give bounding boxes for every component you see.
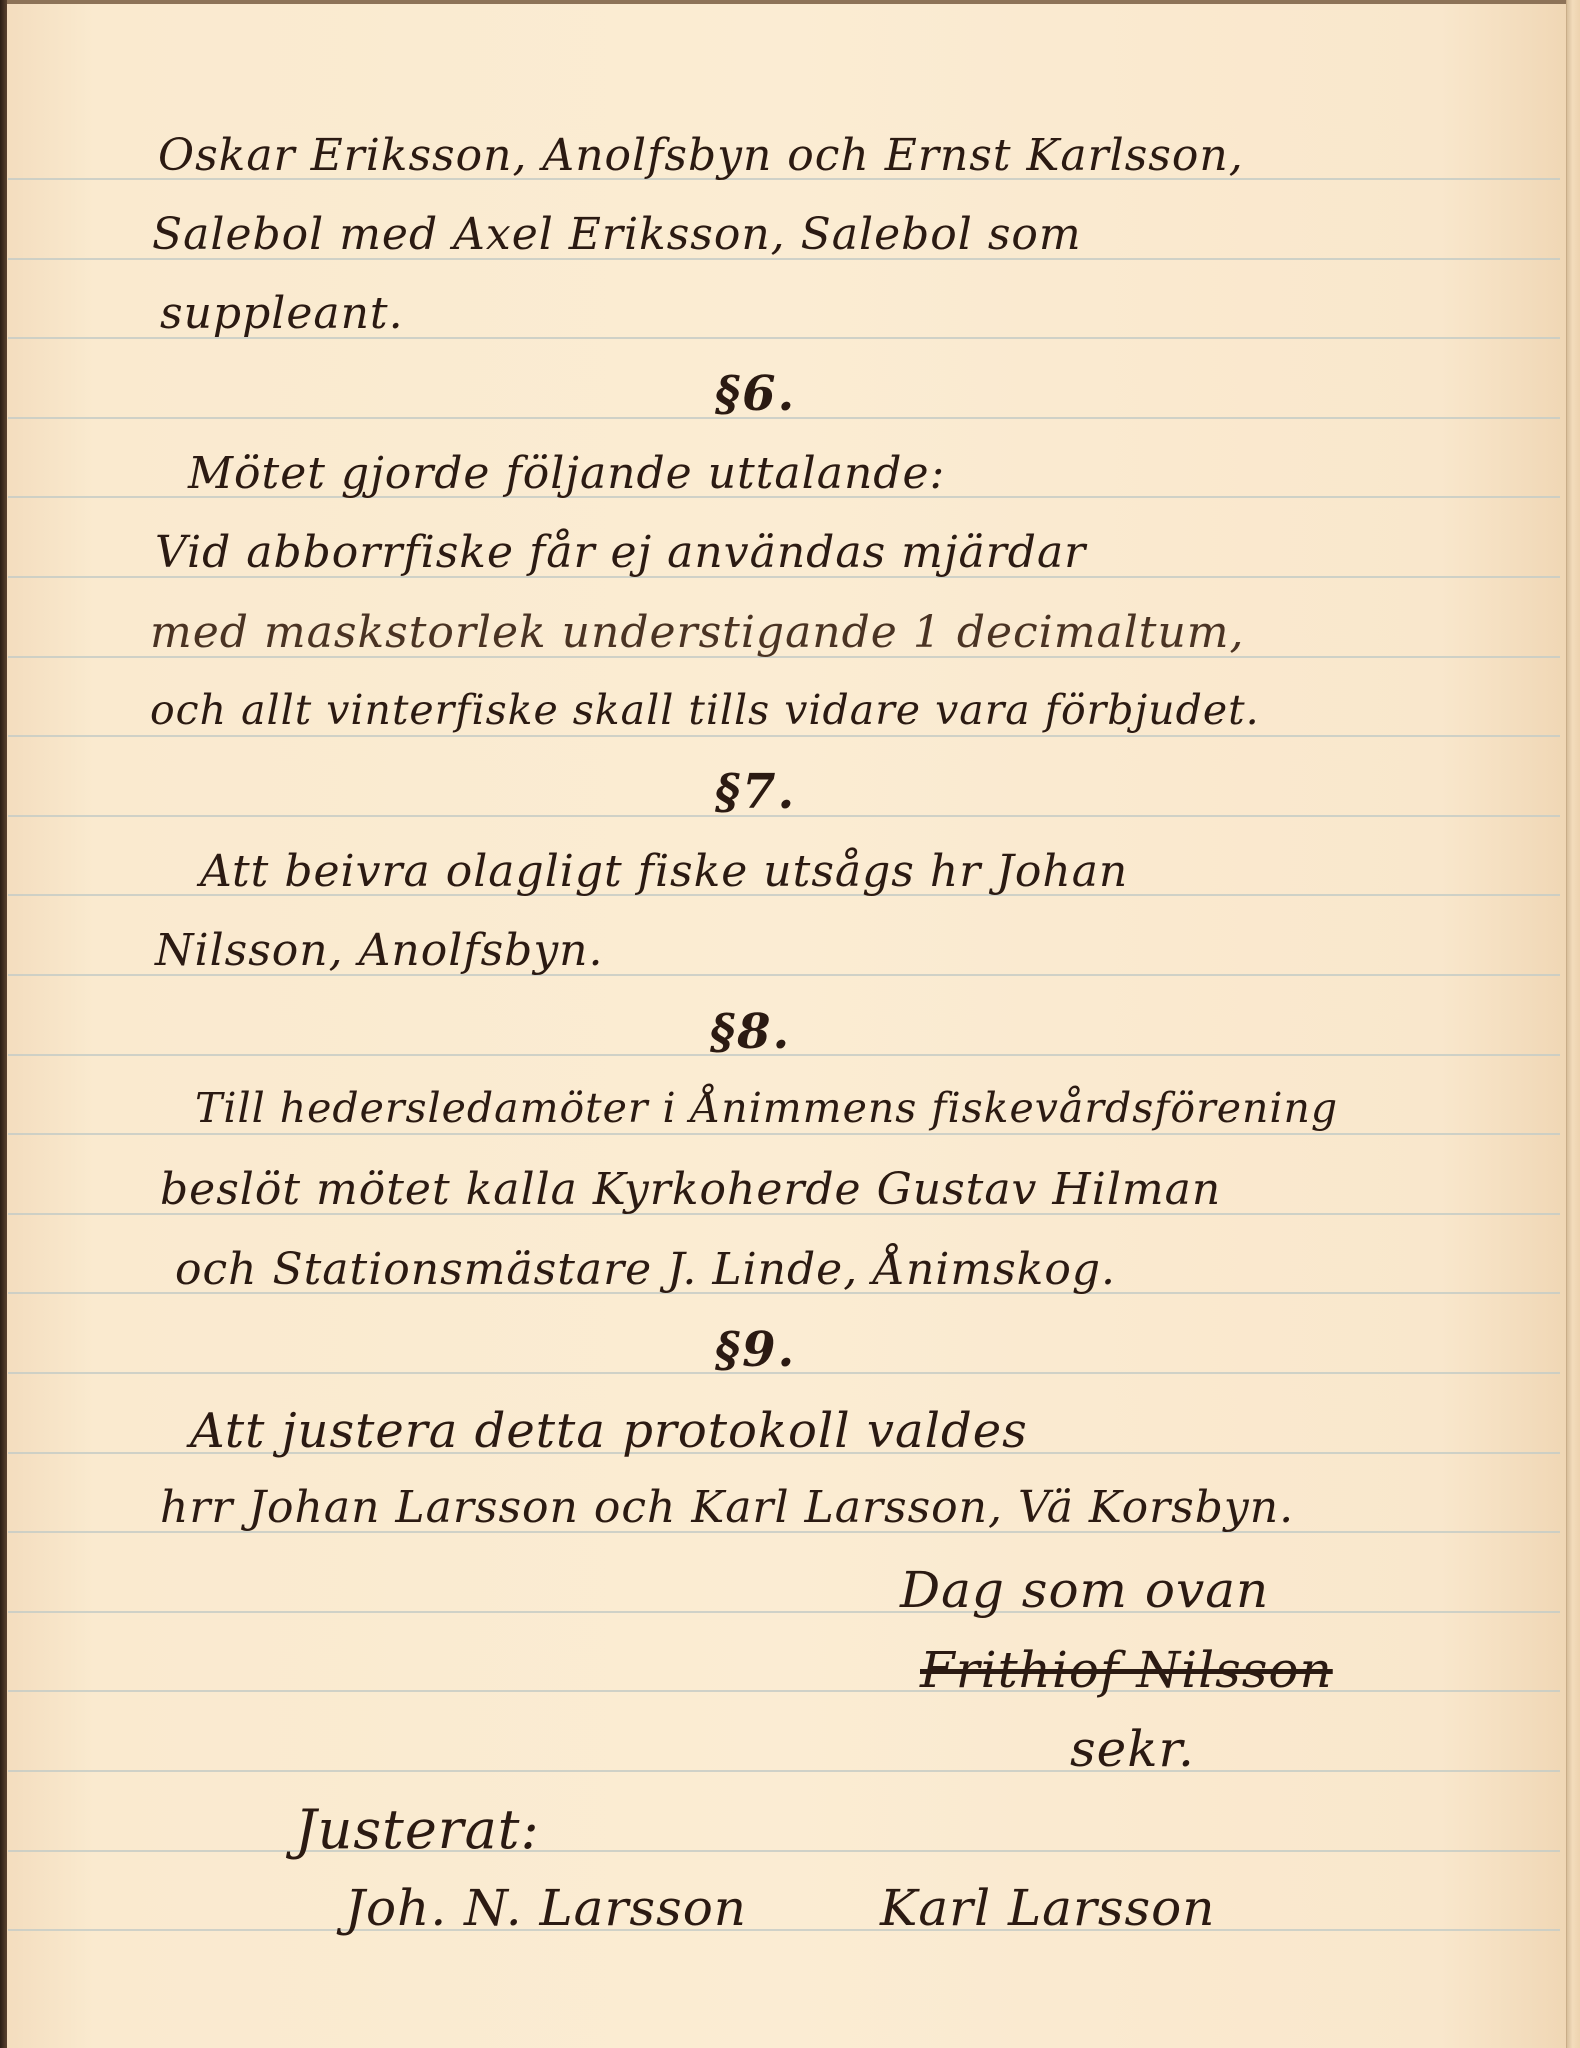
text-line-och-allt: och allt vinterfiske skall tills vidare … bbox=[150, 690, 1260, 731]
approved-label: Justerat: bbox=[295, 1803, 540, 1857]
closing-phrase: Dag som ovan bbox=[900, 1565, 1269, 1615]
approver-signature-1: Joh. N. Larsson bbox=[345, 1883, 747, 1933]
ruled-line bbox=[8, 1770, 1560, 1772]
ruled-line bbox=[8, 1133, 1560, 1135]
text-line-och-stationsmästare: och Stationsmästare J. Linde, Ånimskog. bbox=[175, 1248, 1116, 1292]
text-line-nilsson: Nilsson, Anolfsbyn. bbox=[155, 929, 604, 973]
ruled-line bbox=[8, 1929, 1560, 1931]
text-line-hrr: hrr Johan Larsson och Karl Larsson, Vä K… bbox=[160, 1486, 1294, 1530]
page-top-edge bbox=[0, 0, 1580, 4]
text-line-till: Till hedersledamöter i Ånimmens fiskevår… bbox=[195, 1088, 1338, 1129]
text-line-att-beivra: Att beivra olagligt fiske utsågs hr Joha… bbox=[200, 850, 1128, 894]
text-line-3: suppleant. bbox=[160, 292, 404, 336]
secretary-signature: Frithiof Nilsson bbox=[920, 1645, 1333, 1695]
text-line-mötet: Mötet gjorde följande uttalande: bbox=[188, 452, 945, 496]
ruled-line bbox=[8, 1850, 1560, 1852]
text-line-vid: Vid abborrfiske får ej användas mjärdar bbox=[155, 531, 1086, 575]
section-heading-6: §6. bbox=[715, 370, 796, 418]
ruled-line bbox=[8, 1611, 1560, 1613]
text-line-med: med maskstorlek understigande 1 decimalt… bbox=[150, 611, 1245, 655]
page-left-edge bbox=[0, 0, 7, 2048]
text-line-att-justera: Att justera detta protokoll valdes bbox=[190, 1407, 1028, 1455]
section-heading-7: §7. bbox=[715, 768, 796, 816]
ruled-line bbox=[8, 735, 1560, 737]
secretary-title: sekr. bbox=[1070, 1724, 1195, 1774]
text-line-1: Oskar Eriksson, Anolfsbyn och Ernst Karl… bbox=[158, 134, 1244, 178]
approver-signature-2: Karl Larsson bbox=[880, 1883, 1216, 1933]
section-heading-8: §8. bbox=[710, 1008, 791, 1056]
next-page-edge bbox=[1566, 0, 1580, 2048]
text-line-beslöt: beslöt mötet kalla Kyrkoherde Gustav Hil… bbox=[160, 1168, 1221, 1212]
section-heading-9: §9. bbox=[715, 1326, 796, 1374]
text-line-2: Salebol med Axel Eriksson, Salebol som bbox=[152, 213, 1082, 257]
